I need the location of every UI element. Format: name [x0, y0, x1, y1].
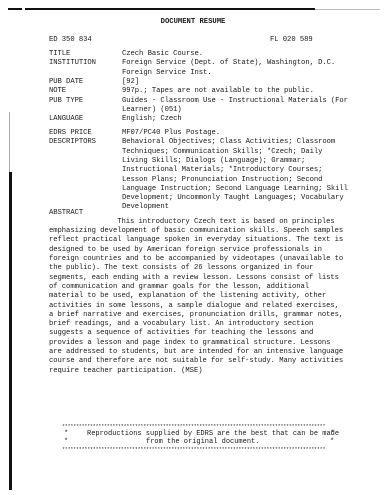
descriptor-line: Development: [122, 203, 169, 212]
field-label-pub-date: PUB DATE: [49, 78, 83, 87]
reproduction-notice-line2: from the original document.: [146, 438, 259, 446]
scan-edge-bar: [9, 172, 12, 490]
field-label-institution: INSTITUTION: [49, 59, 96, 68]
abstract-line: of communication and grammar goals for t…: [49, 283, 309, 292]
field-label-pub-type: PUB TYPE: [49, 97, 83, 106]
descriptor-line: Development; Uncommonly Taught Languages…: [122, 194, 344, 203]
top-rule-faint: [315, 9, 380, 10]
field-value-pub-type: Guides - Classroom Use - Instructional M…: [122, 97, 348, 106]
descriptor-line: Instructional Materials; *Introductory C…: [122, 166, 322, 175]
abstract-line: suggests a sequence of activities for te…: [49, 329, 313, 338]
abstract-line: the public). The text consists of 26 les…: [49, 264, 313, 273]
field-label-title: TITLE: [49, 50, 70, 59]
field-value-pub-type-cont: Learner) (051): [122, 106, 182, 115]
document-heading: DOCUMENT RESUME: [0, 18, 386, 26]
top-rule-segment: [8, 8, 22, 10]
abstract-line: course and therefore are not suitable fo…: [49, 357, 343, 366]
asterisk-border-bottom: ****************************************…: [62, 447, 325, 453]
abstract-line: brief readings, and a vocabulary list. A…: [49, 320, 313, 329]
descriptor-line: Lesson Plans; Pronunciation Instruction;…: [122, 176, 322, 185]
abstract-line: designed to be used by American foreign …: [49, 246, 322, 255]
field-value-pub-date: [92]: [122, 78, 139, 87]
abstract-line: This introductory Czech text is based on…: [49, 218, 335, 227]
abstract-line: require teacher participation. (MSE): [49, 367, 202, 376]
abstract-line: provides a lesson and page index to gram…: [49, 339, 330, 348]
field-value-title: Czech Basic Course.: [122, 50, 203, 59]
abstract-line: reflect practical language spoken in eve…: [49, 236, 343, 245]
abstract-line: material to be used, explanation of the …: [49, 292, 326, 301]
field-label-language: LANGUAGE: [49, 115, 83, 124]
field-value-note: 997p.; Tapes are not available to the pu…: [122, 87, 314, 96]
abstract-line: segments, each ending with a review less…: [49, 274, 339, 283]
field-label-descriptors: DESCRIPTORS: [49, 138, 96, 147]
field-value-institution-cont: Foreign Service Inst.: [122, 69, 212, 78]
top-rule: [25, 8, 315, 10]
reproduction-notice-line1: Reproductions supplied by EDRS are the b…: [87, 430, 339, 438]
abstract-line: activities in some lessons, a sample dia…: [49, 302, 339, 311]
abstract-line: a brief narrative and exercises, pronunc…: [49, 311, 343, 320]
descriptor-line: Techniques; Communication Skills; *Czech…: [122, 148, 322, 157]
abstract-line: are addressed to students, but are inten…: [49, 348, 343, 357]
asterisk-right: *: [330, 430, 334, 438]
field-label-edrs-price: EDRS PRICE: [49, 129, 92, 138]
scan-edge-faint: [9, 112, 10, 172]
descriptor-line: Language Instruction; Second Language Le…: [122, 185, 348, 194]
descriptor-line: Behavioral Objectives; Class Activities;…: [122, 138, 335, 147]
abstract-line: emphasizing development of basic communi…: [49, 227, 343, 236]
field-label-note: NOTE: [49, 87, 66, 96]
asterisk-left: *: [64, 430, 68, 438]
fl-number: FL 020 589: [270, 36, 313, 45]
ed-number: ED 350 834: [49, 36, 92, 45]
descriptor-line: Living Skills; Dialogs (Language); Gramm…: [122, 157, 305, 166]
abstract-line: foreign countries and to be accompanied …: [49, 255, 343, 264]
field-value-edrs-price: MF07/PC40 Plus Postage.: [122, 129, 220, 138]
asterisk-left: *: [64, 438, 68, 446]
field-value-institution: Foreign Service (Dept. of State), Washin…: [122, 59, 335, 68]
asterisk-right: *: [330, 438, 334, 446]
field-value-language: English; Czech: [122, 115, 182, 124]
document-page: DOCUMENT RESUME ED 350 834 FL 020 589 TI…: [0, 0, 386, 500]
abstract-label: ABSTRACT: [49, 209, 83, 218]
